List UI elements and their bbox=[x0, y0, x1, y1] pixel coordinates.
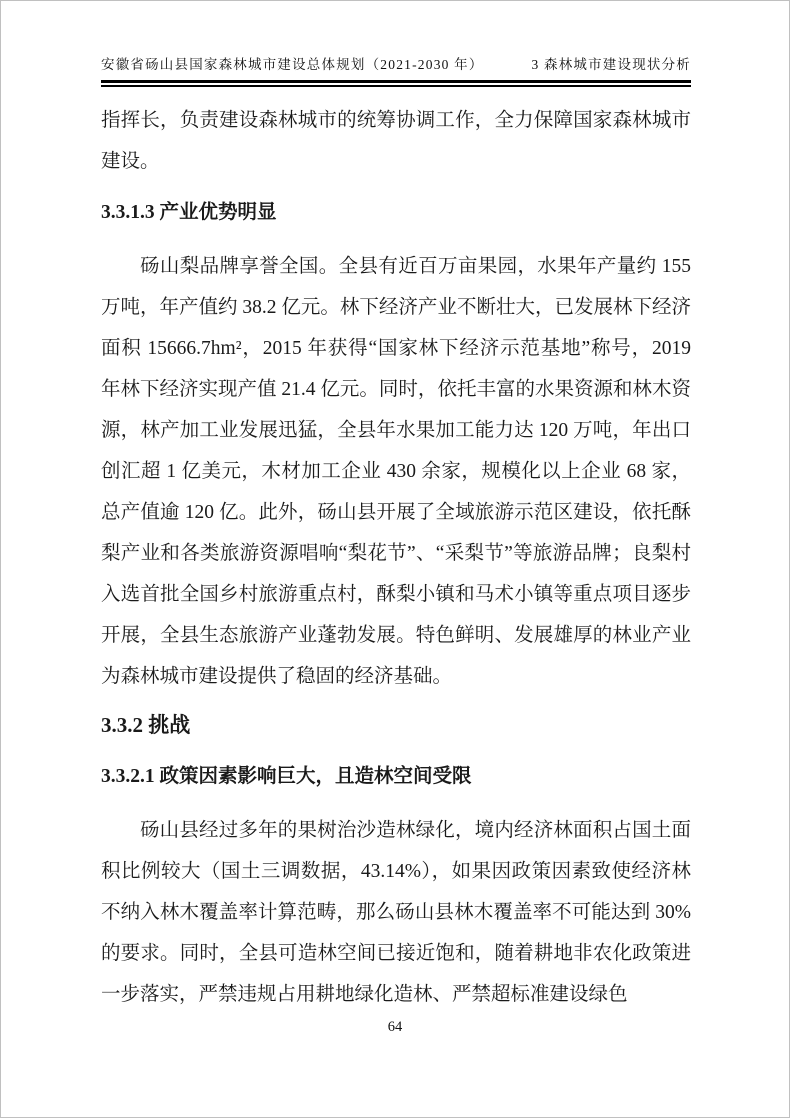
page-number: 64 bbox=[388, 1019, 403, 1035]
heading-3-3-2: 3.3.2 挑战 bbox=[101, 705, 691, 746]
page-header: 安徽省砀山县国家森林城市建设总体规划（2021-2030 年） 3 森林城市建设… bbox=[101, 53, 691, 87]
heading-3-3-1-3: 3.3.1.3 产业优势明显 bbox=[101, 192, 691, 233]
header-left-title: 安徽省砀山县国家森林城市建设总体规划（2021-2030 年） bbox=[101, 53, 484, 73]
paragraph-policy-challenge: 砀山县经过多年的果树治沙造林绿化，境内经济林面积占国土面积比例较大（国土三调数据… bbox=[101, 810, 691, 1015]
heading-3-3-2-1: 3.3.2.1 政策因素影响巨大，且造林空间受限 bbox=[101, 756, 691, 797]
header-right-section: 3 森林城市建设现状分析 bbox=[531, 53, 691, 73]
document-body: 指挥长，负责建设森林城市的统筹协调工作，全力保障国家森林城市建设。3.3.1.3… bbox=[101, 100, 691, 1015]
header-double-rule bbox=[101, 80, 691, 87]
document-page: 安徽省砀山县国家森林城市建设总体规划（2021-2030 年） 3 森林城市建设… bbox=[0, 0, 790, 1118]
paragraph-continuation: 指挥长，负责建设森林城市的统筹协调工作，全力保障国家森林城市建设。 bbox=[101, 100, 691, 182]
page-footer: 64 bbox=[1, 1019, 789, 1036]
paragraph-industry-advantage: 砀山梨品牌享誉全国。全县有近百万亩果园，水果年产量约 155 万吨，年产值约 3… bbox=[101, 246, 691, 697]
